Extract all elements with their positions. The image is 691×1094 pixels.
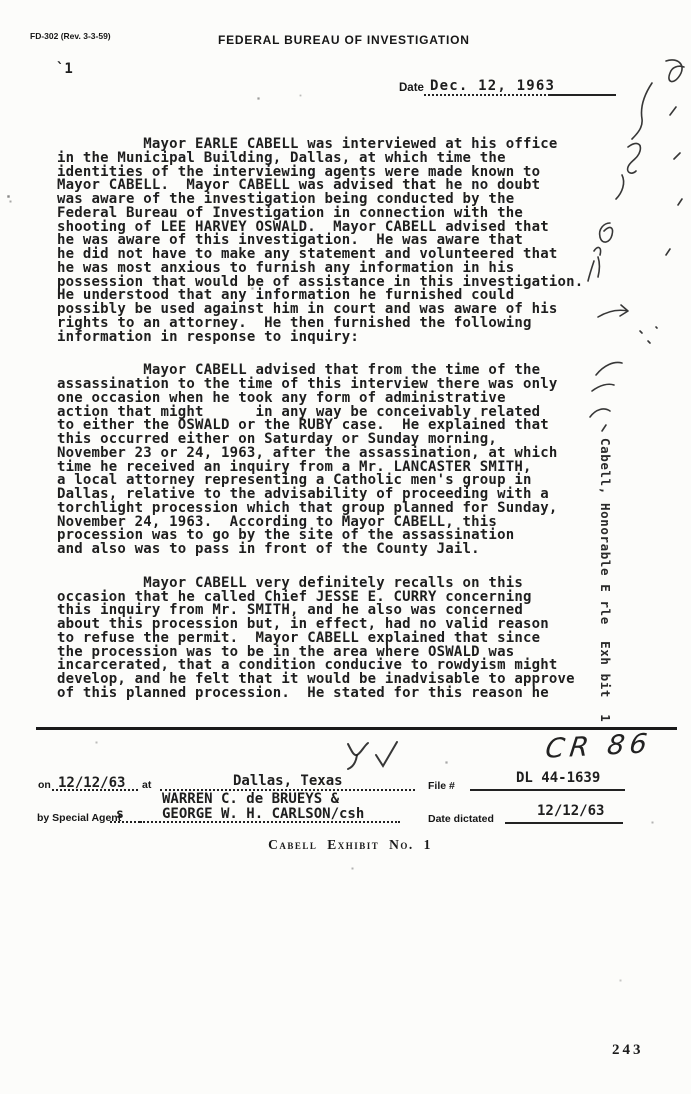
agent-name-2: GEORGE W. H. CARLSON/csh	[162, 806, 364, 822]
agent-name-1: WARREN C. de BRUEYS &	[162, 791, 339, 807]
scan-noise-specks	[0, 0, 1, 1]
date-value: Dec. 12, 1963	[430, 78, 555, 94]
page-marker: `1	[56, 61, 73, 77]
by-special-agent-label: by Special Agent	[37, 812, 121, 824]
paragraph-2: Mayor CABELL advised that from the time …	[57, 364, 583, 557]
on-label: on	[38, 779, 51, 791]
vertical-exhibit-stamp: Cabell, Honorable E rle Exh bit 1	[598, 438, 612, 722]
paragraph-1: Mayor EARLE CABELL was interviewed at hi…	[57, 138, 583, 344]
report-body: Mayor EARLE CABELL was interviewed at hi…	[57, 138, 583, 721]
file-label: File #	[428, 780, 455, 792]
handwritten-code: CR 86	[544, 728, 654, 764]
date-dictated-value: 12/12/63	[537, 803, 604, 819]
on-value: 12/12/63	[58, 775, 125, 791]
exhibit-caption: Cabell Exhibit No. 1	[190, 837, 510, 853]
document-page: FD-302 (Rev. 3-3-59) FEDERAL BUREAU OF I…	[0, 0, 691, 1094]
at-label: at	[142, 779, 151, 791]
paragraph-3: Mayor CABELL very definitely recalls on …	[57, 577, 583, 701]
date-dictated-label: Date dictated	[428, 813, 494, 825]
form-number: FD-302 (Rev. 3-3-59)	[30, 31, 111, 41]
suffix-rule	[110, 808, 140, 823]
agency-title: FEDERAL BUREAU OF INVESTIGATION	[218, 33, 470, 47]
separator-rule	[36, 727, 677, 730]
file-value: DL 44-1639	[516, 770, 600, 786]
handwritten-margin-scrawl	[582, 55, 691, 455]
date-label: Date	[399, 82, 424, 94]
page-number: 243	[612, 1042, 644, 1059]
handwritten-checkmarks	[338, 738, 408, 774]
at-value: Dallas, Texas	[233, 773, 343, 789]
